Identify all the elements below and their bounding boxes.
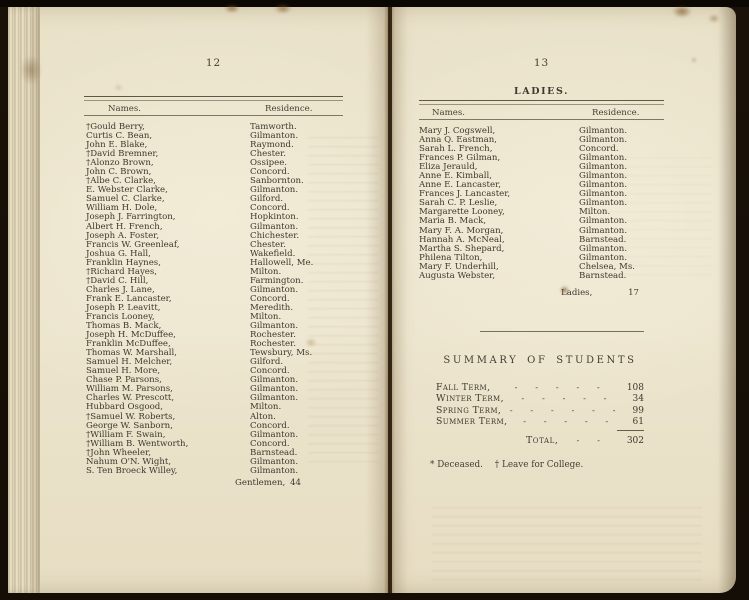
term-value: 99 — [618, 406, 644, 416]
stain — [560, 286, 569, 294]
student-name: Augusta Webster, — [419, 272, 579, 281]
column-header-residence: Residence. — [592, 108, 639, 118]
column-header-names: Names. — [108, 104, 141, 114]
stain — [691, 57, 697, 63]
summation-rule — [617, 430, 644, 431]
term-value: 61 — [618, 417, 644, 427]
total-value: 302 — [618, 436, 644, 446]
summary-total-row: Total, - - 302 — [436, 435, 644, 446]
gentlemen-total-label: Gentlemen, — [235, 478, 285, 488]
gentlemen-total: Gentlemen, 44 — [235, 478, 301, 488]
page-number-right: 13 — [419, 57, 664, 69]
column-header-residence: Residence. — [265, 104, 312, 114]
footnote: * Deceased. † Leave for College. — [430, 460, 592, 470]
book-gutter — [384, 7, 395, 593]
total-label: Total, — [526, 435, 559, 446]
ladies-total: Ladies, 17 — [561, 288, 639, 298]
section-divider-rule — [480, 331, 644, 332]
stain — [20, 55, 42, 85]
book-scan: 12 Names. Residence. †Gould Berry, Tamwo… — [0, 0, 749, 600]
term-label: Winter Term, — [436, 393, 504, 404]
summary-term-row: Fall Term, - - - - - 108 — [436, 382, 644, 393]
bleedthrough-texture — [582, 157, 712, 277]
summary-term-row: Summer Term, - - - - - 61 — [436, 416, 644, 427]
footnote-leave-for-college: † Leave for College. — [495, 460, 584, 470]
stain — [274, 3, 292, 14]
student-residence: Gilmanton. — [250, 467, 343, 476]
gentlemen-table: Names. Residence. †Gould Berry, Tamworth… — [84, 96, 343, 476]
term-leader-dashes: - - - - - — [490, 383, 618, 393]
summary-title: SUMMARY OF STUDENTS — [436, 355, 644, 366]
table-header-underline — [84, 115, 343, 116]
term-label: Spring Term, — [436, 405, 501, 416]
stain — [672, 5, 692, 18]
summary-of-students: SUMMARY OF STUDENTS Fall Term, - - - - -… — [436, 355, 644, 455]
total-leader-dashes: - - — [559, 436, 619, 446]
right-page: 13 LADIES. Names. Residence. Mary J. Cog… — [392, 7, 736, 593]
page-number-left: 12 — [84, 57, 343, 69]
table-header-underline — [419, 119, 664, 120]
stain — [224, 4, 240, 13]
term-value: 34 — [618, 394, 644, 404]
page-stack-edges — [8, 7, 40, 593]
term-leader-dashes: - - - - - — [504, 394, 618, 404]
gentlemen-total-value: 44 — [290, 478, 301, 488]
summary-term-rows: Fall Term, - - - - - 108 Winter Term, - … — [436, 382, 644, 427]
table-header-row: Names. Residence. — [419, 105, 664, 119]
table-row: S. Ten Broeck Willey, Gilmanton. — [84, 467, 343, 476]
bleedthrough-texture — [432, 507, 702, 587]
gentlemen-rows: †Gould Berry, Tamworth. Curtis C. Bean, … — [84, 123, 343, 476]
student-name: S. Ten Broeck Willey, — [84, 467, 250, 476]
table-header-row: Names. Residence. — [84, 101, 343, 115]
section-title-ladies: LADIES. — [419, 86, 664, 97]
term-leader-dashes: - - - - - — [507, 417, 618, 427]
ladies-total-value: 17 — [628, 288, 639, 298]
stain — [708, 14, 720, 23]
stain — [114, 84, 123, 91]
term-leader-dashes: - - - - - - — [501, 406, 618, 416]
term-label: Summer Term, — [436, 416, 507, 427]
footnote-deceased: * Deceased. — [430, 460, 483, 470]
summary-term-row: Winter Term, - - - - - 34 — [436, 393, 644, 404]
term-label: Fall Term, — [436, 382, 490, 393]
left-page: 12 Names. Residence. †Gould Berry, Tamwo… — [8, 7, 388, 593]
stain — [305, 338, 317, 347]
column-header-names: Names. — [432, 108, 465, 118]
bleedthrough-texture — [308, 137, 378, 467]
term-value: 108 — [618, 383, 644, 393]
summary-term-row: Spring Term, - - - - - - 99 — [436, 405, 644, 416]
